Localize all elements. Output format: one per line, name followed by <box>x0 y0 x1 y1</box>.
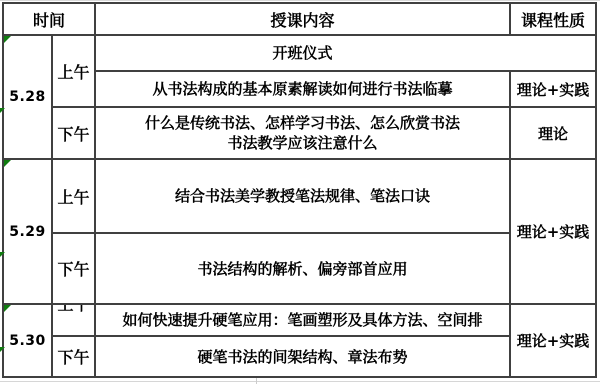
date-label: 5.30 <box>9 333 46 349</box>
content-cell-opening-ceremony: 开班仪式 <box>96 36 595 70</box>
date-label: 5.29 <box>9 224 46 240</box>
period-cell-530-am: 上午 <box>53 305 94 335</box>
nature-cell-529: 理论+实践 <box>511 160 595 303</box>
edge-flag-icon <box>0 108 5 113</box>
nature-cell-530: 理论+实践 <box>511 305 595 376</box>
header-cell-nature: 课程性质 <box>511 4 595 34</box>
nature-cell-528-pm: 理论 <box>511 108 595 158</box>
content-cell-529-am: 结合书法美学教授笔法规律、笔法口诀 <box>96 160 509 232</box>
content-cell-530-pm: 硬笔书法的间架结构、章法布势 <box>96 337 509 376</box>
period-cell-528-pm: 下午 <box>53 108 94 158</box>
course-schedule-table: 时间 授课内容 课程性质 5.28 上午 开班仪式 从书法构成的基本原素解读如何… <box>2 2 597 378</box>
content-cell-529-pm: 书法结构的解析、偏旁部首应用 <box>96 234 509 303</box>
period-label-clipped: 上午 <box>53 305 94 314</box>
date-cell-530: 5.30 <box>4 305 51 376</box>
date-label: 5.28 <box>9 89 46 105</box>
gridline-bottom <box>0 381 600 382</box>
date-cell-529: 5.29 <box>4 160 51 303</box>
period-cell-528-am: 上午 <box>53 36 94 106</box>
gridline-top <box>0 0 600 1</box>
period-cell-529-am: 上午 <box>53 160 94 232</box>
edge-flag-icon <box>0 347 5 352</box>
cell-error-flag-icon <box>4 160 11 167</box>
content-cell-528-pm: 什么是传统书法、怎样学习书法、怎么欣赏书法 书法教学应该注意什么 <box>96 108 509 158</box>
edge-flag-icon <box>0 252 5 257</box>
header-cell-time: 时间 <box>4 4 94 34</box>
header-cell-content: 授课内容 <box>96 4 509 34</box>
content-cell-530-am: 如何快速提升硬笔应用：笔画塑形及具体方法、空间排 <box>96 305 509 335</box>
period-cell-530-pm: 下午 <box>53 337 94 376</box>
spreadsheet-area: 时间 授课内容 课程性质 5.28 上午 开班仪式 从书法构成的基本原素解读如何… <box>0 0 600 384</box>
date-cell-528: 5.28 <box>4 36 51 158</box>
period-cell-529-pm: 下午 <box>53 234 94 303</box>
cell-error-flag-icon <box>4 36 11 43</box>
gridline-stub <box>256 378 257 384</box>
cell-error-flag-icon <box>4 305 11 312</box>
content-cell-528-am2: 从书法构成的基本原素解读如何进行书法临摹 <box>96 72 509 106</box>
nature-cell-528-am: 理论+实践 <box>511 72 595 106</box>
